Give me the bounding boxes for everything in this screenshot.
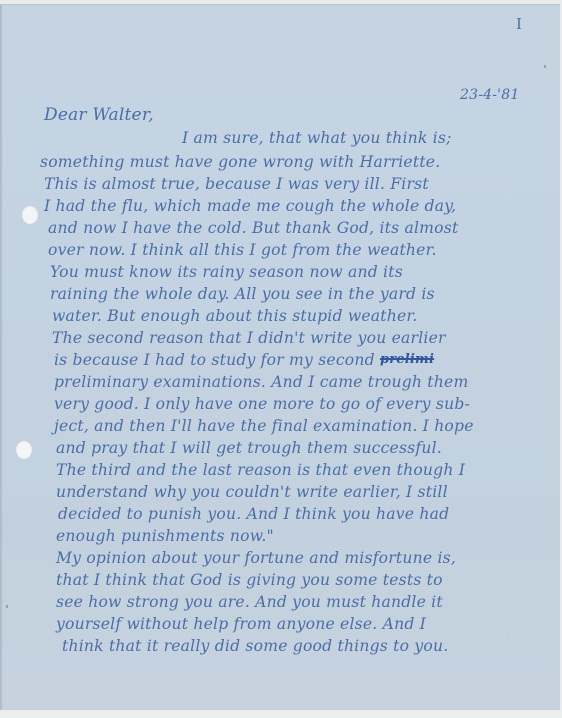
body-line: is because I had to study for my second … [54, 353, 434, 369]
punch-hole-bottom [16, 440, 32, 459]
body-line: I am sure, that what you think is; [182, 131, 452, 147]
body-line: very good. I only have one more to go of… [54, 397, 470, 413]
body-line: something must have gone wrong with Harr… [40, 155, 440, 171]
body-line: The third and the last reason is that ev… [56, 463, 465, 479]
body-line: that I think that God is giving you some… [56, 573, 443, 589]
body-line: The second reason that I didn't write yo… [52, 331, 446, 347]
letter-date: 23-4-'81 [460, 88, 519, 102]
body-line: ject, and then I'll have the final exami… [54, 419, 474, 435]
punch-hole-top [22, 205, 38, 224]
body-line: and pray that I will get trough them suc… [56, 441, 442, 457]
letter-paper: I 23-4-'81 Dear Walter, I am sure, that … [0, 4, 560, 711]
body-line: You must know its rainy season now and i… [50, 265, 403, 281]
body-line: decided to punish you. And I think you h… [58, 507, 449, 523]
crossed-out-word: prelimi [380, 353, 434, 366]
scanned-page: I 23-4-'81 Dear Walter, I am sure, that … [0, 0, 562, 718]
page-number: I [516, 17, 522, 32]
body-line: I had the flu, which made me cough the w… [44, 199, 456, 215]
body-line: and now I have the cold. But thank God, … [48, 221, 458, 237]
body-line: water. But enough about this stupid weat… [52, 309, 418, 325]
body-line-text: is because I had to study for my second [54, 351, 375, 369]
body-line: My opinion about your fortune and misfor… [56, 551, 456, 567]
body-line: over now. I think all this I got from th… [48, 243, 437, 259]
body-line: raining the whole day. All you see in th… [50, 287, 435, 303]
paper-edge-shadow [0, 5, 3, 711]
salutation: Dear Walter, [44, 107, 154, 124]
body-line: yourself without help from anyone else. … [56, 617, 426, 633]
body-line: enough punishments now." [56, 529, 274, 545]
stray-mark [544, 65, 546, 68]
body-line: This is almost true, because I was very … [44, 177, 429, 193]
scanner-margin [0, 710, 562, 718]
stray-mark [6, 605, 8, 608]
body-line: understand why you couldn't write earlie… [56, 485, 448, 501]
body-line: think that it really did some good thing… [62, 639, 448, 655]
body-line: preliminary examinations. And I came tro… [54, 375, 468, 391]
body-line: see how strong you are. And you must han… [56, 595, 443, 611]
